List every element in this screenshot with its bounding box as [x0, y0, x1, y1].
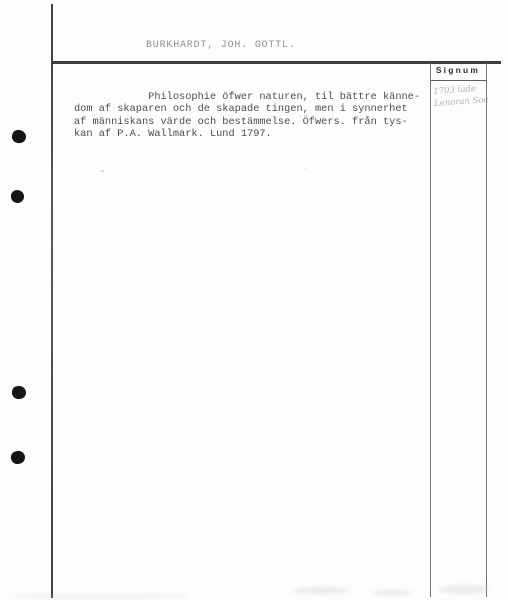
catalog-card-scan: BURKHARDT, JOH. GOTTL. Signum 1703 lade …	[0, 0, 508, 600]
card-body-text: Philosophie öfwer naturen, til bättre kä…	[74, 91, 420, 141]
card-heading: BURKHARDT, JOH. GOTTL.	[146, 40, 296, 51]
left-margin-rule	[51, 4, 53, 598]
hole-punch	[11, 129, 27, 145]
signum-handwritten-note: 1703 lade Lenoran Soc	[433, 83, 492, 110]
scan-smudge	[292, 587, 350, 594]
signum-column-right-rule	[486, 63, 487, 597]
signum-label: Signum	[430, 65, 486, 75]
scan-speck	[305, 168, 307, 170]
hole-punch	[10, 450, 26, 466]
scan-smudge	[438, 585, 490, 594]
scan-smudge	[8, 594, 188, 599]
hole-punch	[10, 189, 25, 203]
signum-header-divider	[431, 80, 486, 81]
scan-speck	[101, 170, 104, 172]
signum-column-left-rule	[430, 63, 431, 597]
scan-smudge	[372, 590, 412, 596]
header-rule	[51, 61, 501, 64]
hole-punch	[11, 385, 26, 399]
